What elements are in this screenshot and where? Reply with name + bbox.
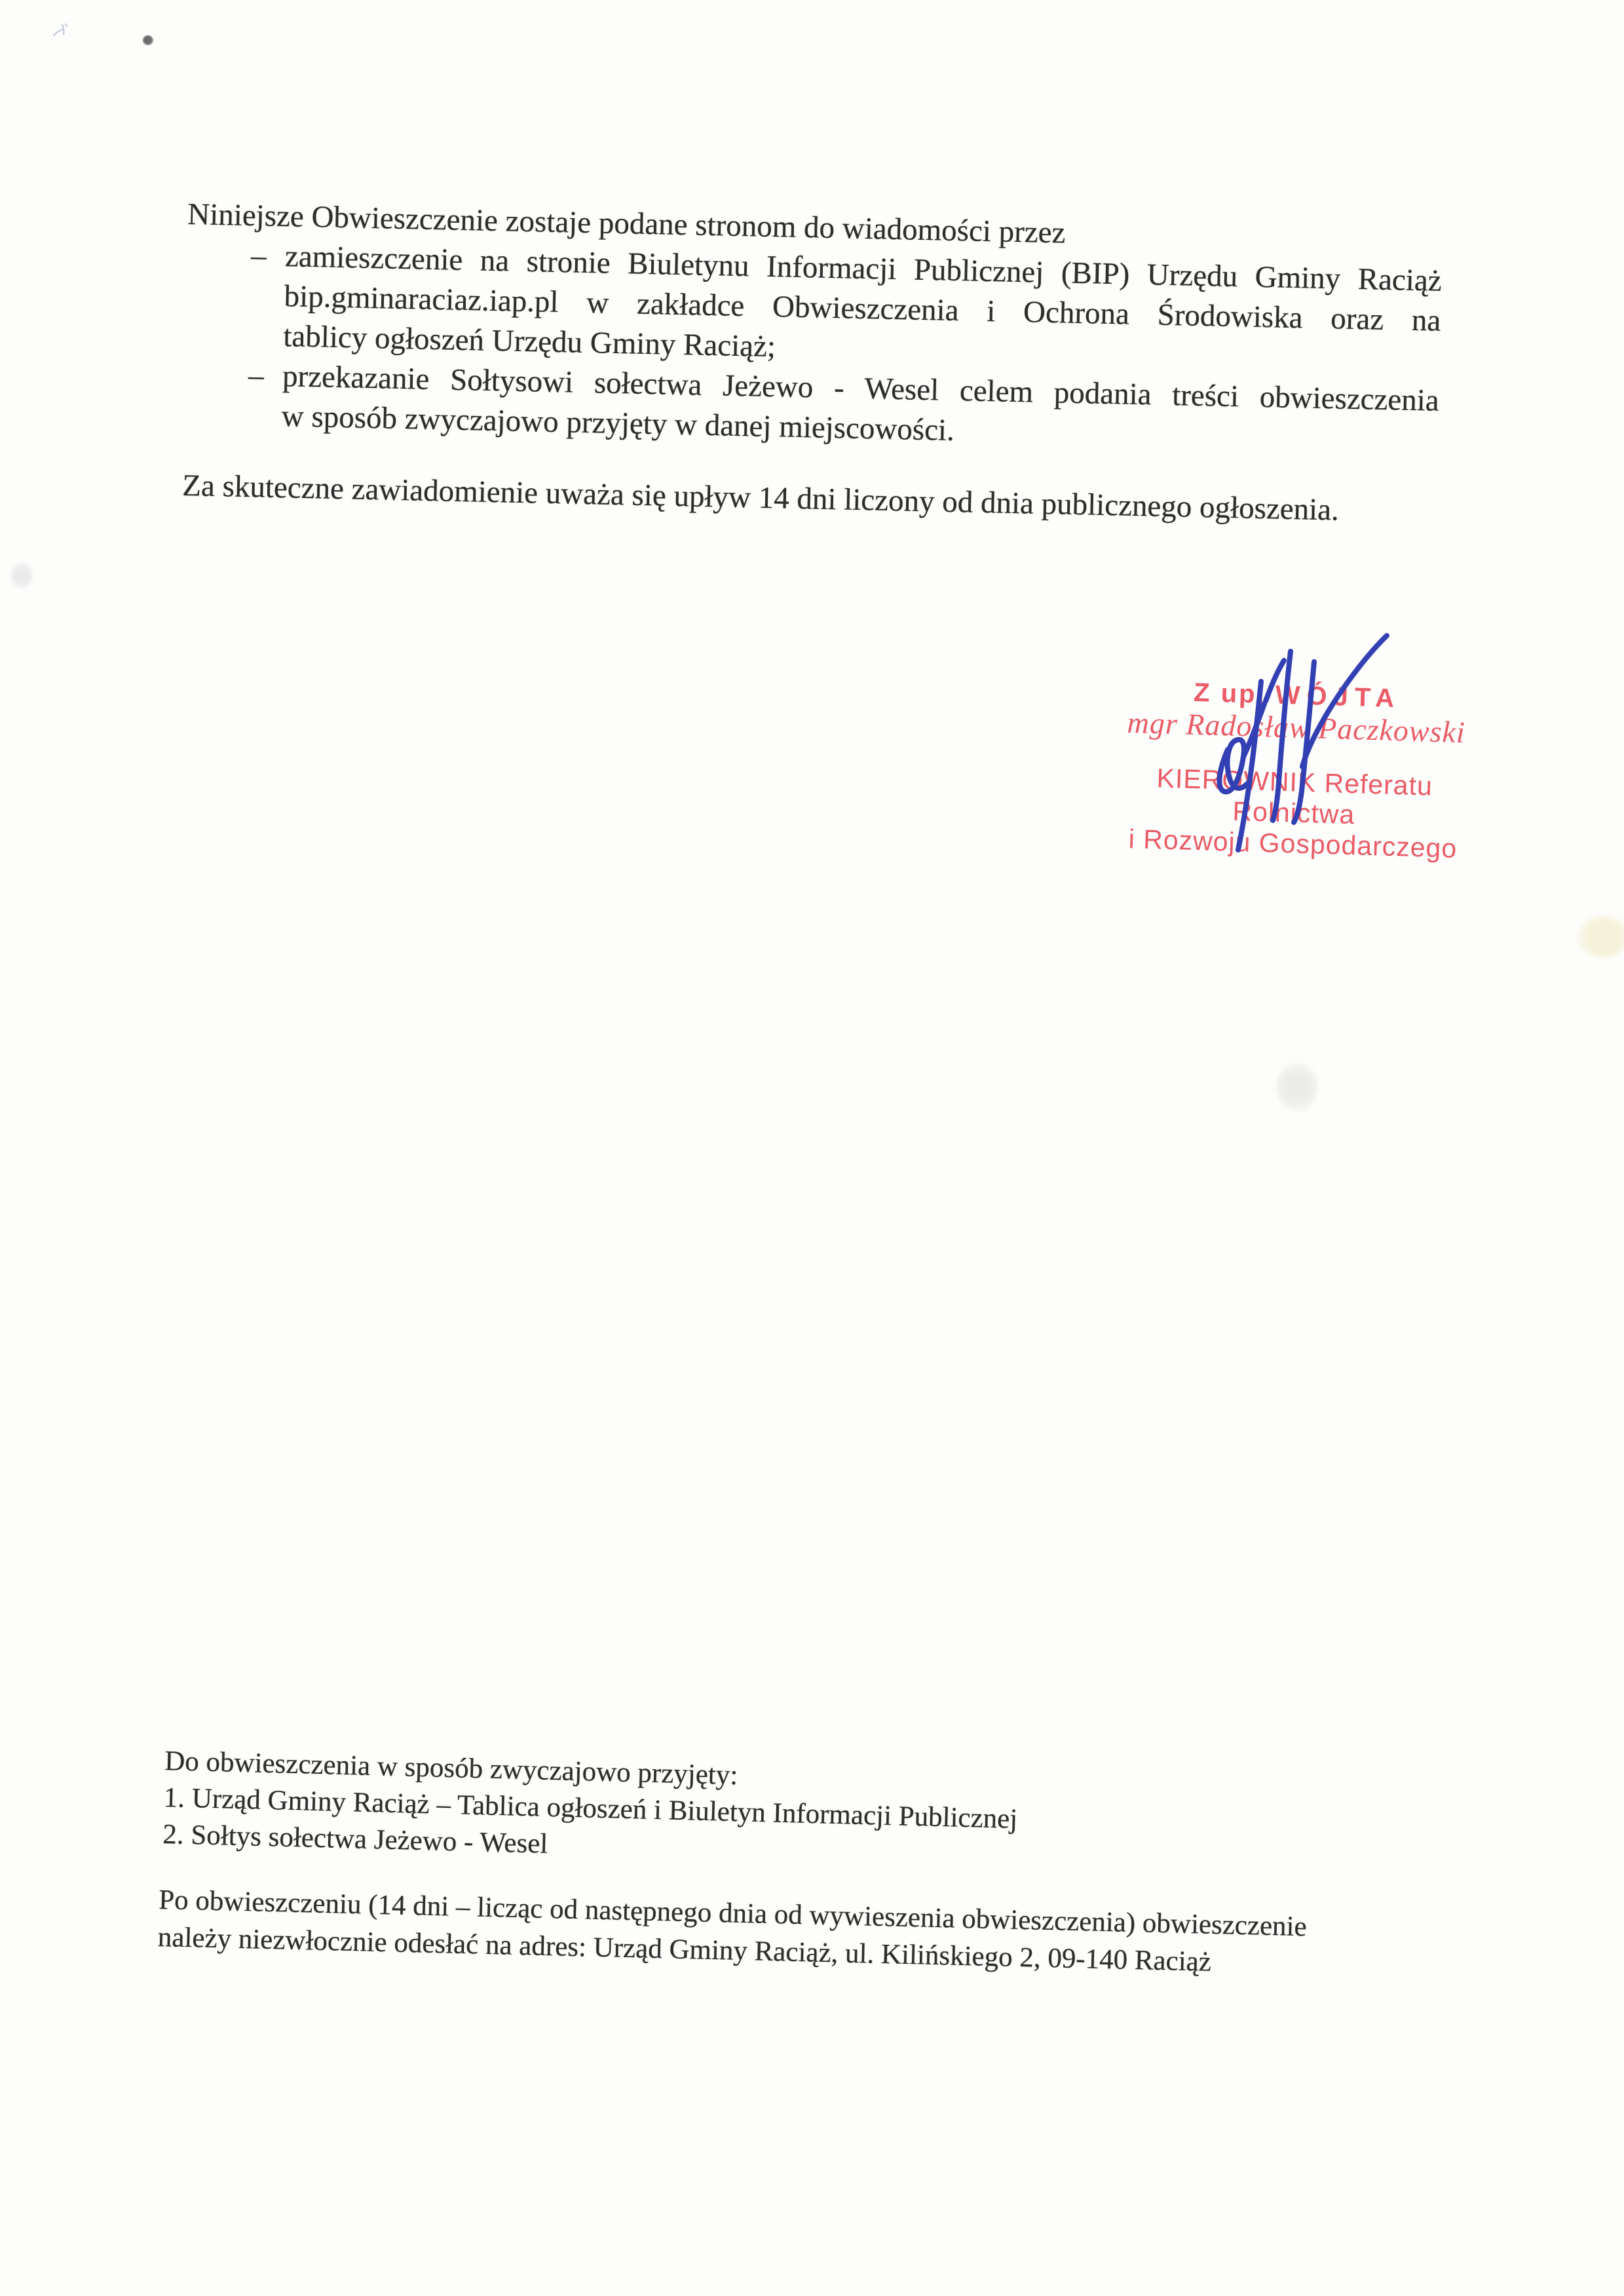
handwritten-signature bbox=[1187, 624, 1398, 861]
scan-smudge-right bbox=[1577, 916, 1624, 958]
scan-smudge-left bbox=[10, 562, 33, 588]
return-instruction: Po obwieszczeniu (14 dni – licząc od nas… bbox=[157, 1881, 1307, 1983]
distribution-list: Do obwieszczenia w sposób zwyczajowo prz… bbox=[162, 1743, 1019, 1875]
bullet1-dash: – bbox=[250, 236, 267, 276]
scan-speck-dot bbox=[143, 35, 153, 45]
scan-speck-squiggle bbox=[50, 20, 76, 42]
intro-paragraph: Niniejsze Obwieszczenie zostaje podane s… bbox=[183, 195, 1443, 461]
notice-line: Za skuteczne zawiadomienie uważa się upł… bbox=[182, 466, 1340, 531]
bullet2-dash: – bbox=[248, 356, 264, 396]
scan-smudge-middle bbox=[1276, 1063, 1318, 1111]
signature-strokes bbox=[1219, 636, 1387, 850]
scanned-document-page: Niniejsze Obwieszczenie zostaje podane s… bbox=[0, 0, 1624, 2296]
